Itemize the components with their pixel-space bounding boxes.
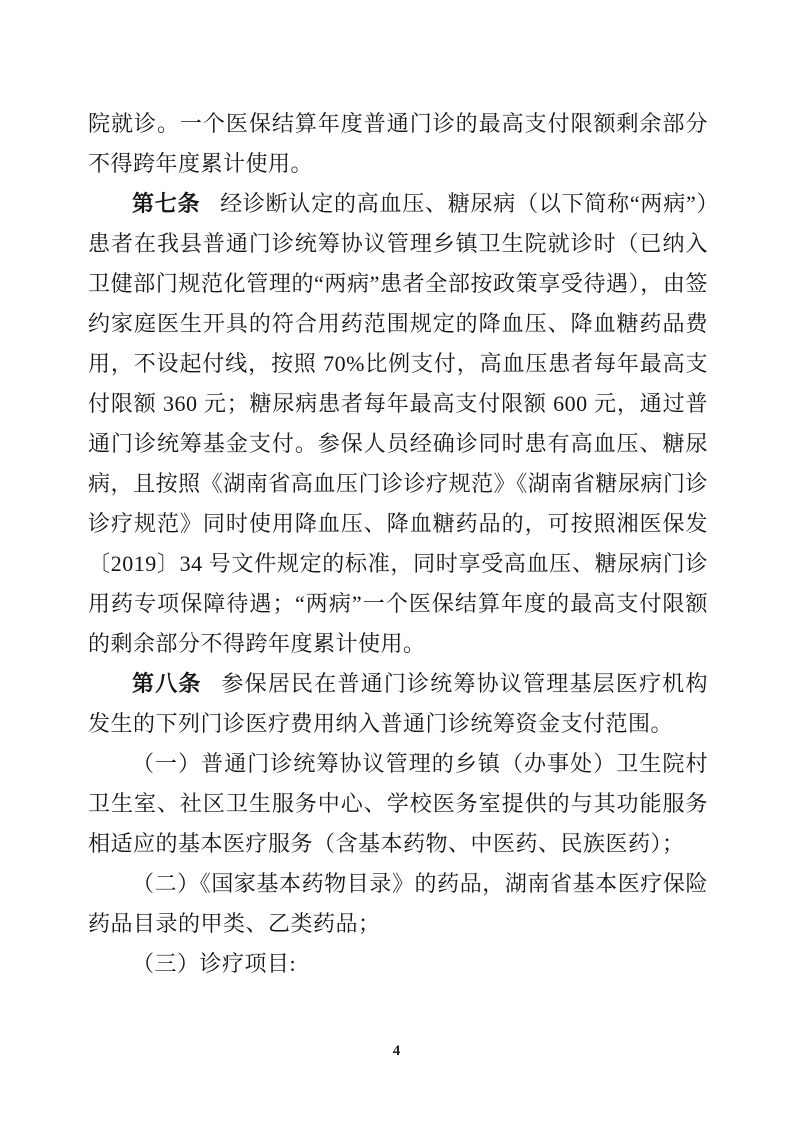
article-7-number: 第七条 xyxy=(132,191,200,216)
paragraph-item-3: （三）诊疗项目: xyxy=(88,944,708,984)
paragraph-article-7: 第七条经诊断认定的高血压、糖尿病（以下简称“两病”）患者在我县普通门诊统筹协议管… xyxy=(88,184,708,664)
document-body: 院就诊。一个医保结算年度普通门诊的最高支付限额剩余部分不得跨年度累计使用。 第七… xyxy=(88,104,708,984)
paragraph-continuation: 院就诊。一个医保结算年度普通门诊的最高支付限额剩余部分不得跨年度累计使用。 xyxy=(88,104,708,184)
paragraph-article-8: 第八条参保居民在普通门诊统筹协议管理基层医疗机构发生的下列门诊医疗费用纳入普通门… xyxy=(88,664,708,744)
article-8-number: 第八条 xyxy=(132,671,202,696)
document-page: 院就诊。一个医保结算年度普通门诊的最高支付限额剩余部分不得跨年度累计使用。 第七… xyxy=(0,0,793,1122)
paragraph-item-1: （一）普通门诊统筹协议管理的乡镇（办事处）卫生院村卫生室、社区卫生服务中心、学校… xyxy=(88,744,708,864)
page-number: 4 xyxy=(0,1043,793,1060)
paragraph-item-2: （二）《国家基本药物目录》的药品，湖南省基本医疗保险药品目录的甲类、乙类药品； xyxy=(88,864,708,944)
article-7-text: 经诊断认定的高血压、糖尿病（以下简称“两病”）患者在我县普通门诊统筹协议管理乡镇… xyxy=(88,191,708,656)
